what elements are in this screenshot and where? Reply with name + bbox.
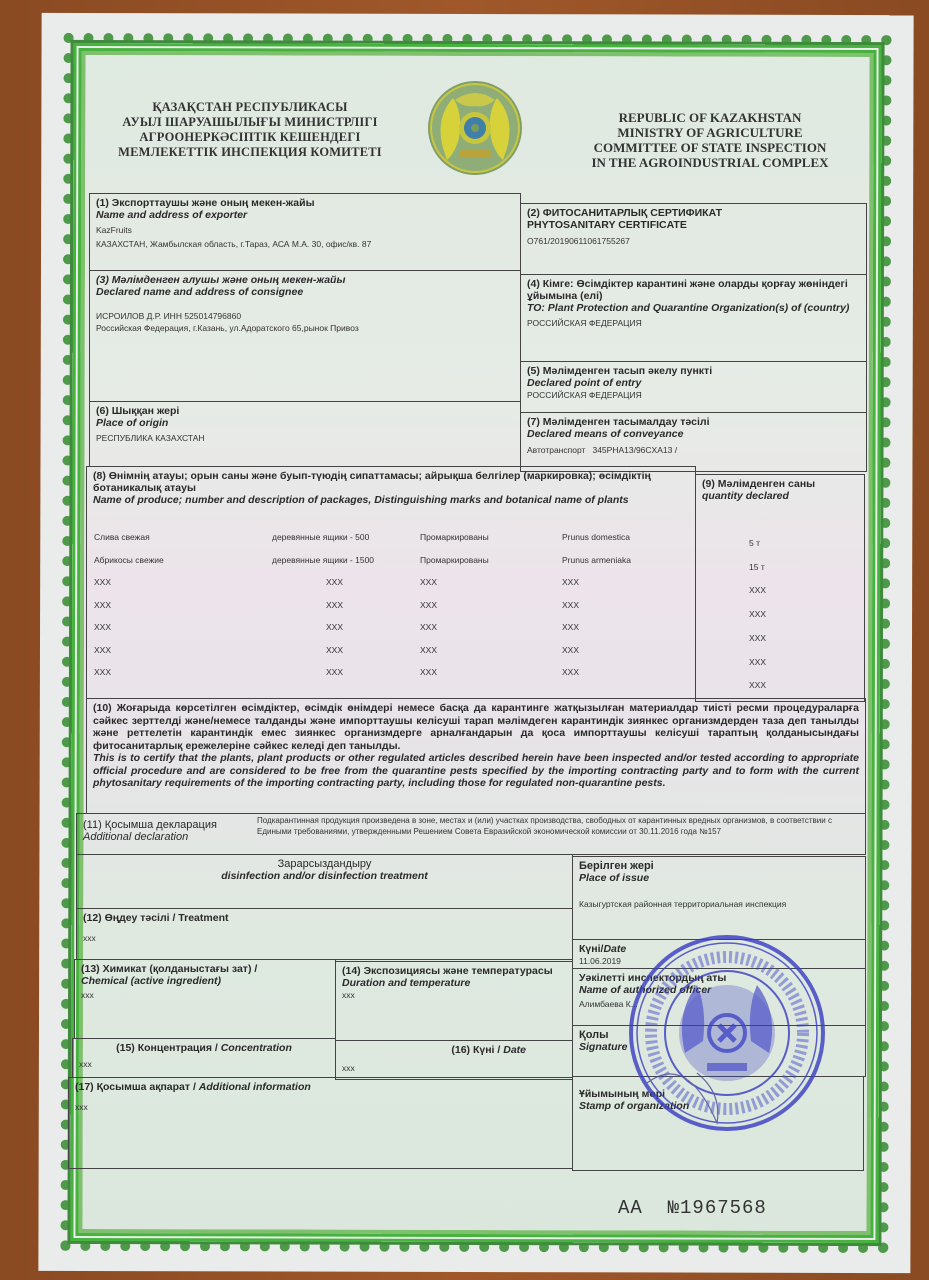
produce-name: XXX [94,622,111,632]
additional-info-field: (17) Қосымша ақпарат / Additional inform… [68,1077,573,1169]
disinfection-header: Зарарсыздандыру disinfection and/or disi… [76,854,573,909]
certificate-label-kz: (2) ФИТОСАНИТАРЛЫҚ СЕРТИФИКАТ [527,207,860,219]
certificate-label-en: PHYTOSANITARY CERTIFICATE [527,219,860,231]
issuer-line: REPUBLIC OF KAZAKHSTAN [560,110,860,125]
issuer-line: АГРООНЕРКӘСІПТІК КЕШЕНДЕГІ [100,130,400,145]
certificate-number: O761/20190611061755267 [527,235,860,247]
chemical-value: xxx [81,989,329,1001]
concentration-label-kz: (15) Концентрация / [116,1042,221,1054]
exporter-name: KazFruits [96,224,514,236]
produce-botanical: Prunus armeniaka [562,555,631,565]
produce-packages: XXX [326,667,343,677]
additional-info-label-kz: (17) Қосымша ақпарат / [75,1081,199,1093]
certificate-field: (2) ФИТОСАНИТАРЛЫҚ СЕРТИФИКАТ PHYTOSANIT… [520,203,867,275]
produce-row: XXXXXXXXXXXXXXX [94,622,864,636]
produce-label-en: Name of produce; number and description … [93,494,689,506]
official-stamp-icon [627,933,827,1133]
consignee-name: ИСРОИЛОВ Д.Р. ИНН 525014796860 [96,310,514,322]
issuer-line: АУЫЛ ШАРУАШЫЛЫҒЫ МИНИСТРЛІГІ [100,115,400,130]
duration-value: xxx [342,989,566,1001]
concentration-value: xxx [79,1058,329,1070]
destination-org-label-en: TO: Plant Protection and Quarantine Orga… [527,302,860,314]
produce-label-kz: (8) Өнімнің атауы; орын саны және буып-т… [93,470,689,494]
point-of-entry-label-en: Declared point of entry [527,377,860,389]
issuer-name-en: REPUBLIC OF KAZAKHSTAN MINISTRY OF AGRIC… [560,110,860,170]
produce-row: XXXXXXXXXXXXXXX [94,600,864,614]
produce-name: XXX [94,645,111,655]
produce-marks: XXX [420,667,437,677]
conveyance-value: Автотранспорт 345PHA13/96CXA13 / [527,444,860,456]
certification-statement: (10) Жоғарыда көрсетілген өсімдіктер, өс… [86,698,866,814]
issue-date-label-kz: Күні/ [579,943,603,955]
conveyance-field: (7) Мәлімденген тасымалдау тәсілі Declar… [520,412,867,472]
produce-packages: деревянные ящики - 1500 [272,555,374,565]
duration-field: (14) Экспозициясы және температурасы Dur… [335,961,573,1041]
issuer-line: ҚАЗАҚСТАН РЕСПУБЛИКАСЫ [100,100,400,115]
additional-info-value: xxx [75,1101,566,1113]
place-of-issue-label-kz: Берілген жері [579,860,859,872]
treatment-field: (12) Өңдеу тәсілі / Treatment xxx [76,908,573,960]
origin-value: РЕСПУБЛИКА КАЗАХСТАН [96,432,514,444]
produce-quantity: 15 т [749,562,765,572]
issuer-line: МЕМЛЕКЕТТІК ИНСПЕКЦИЯ КОМИТЕТІ [100,145,400,160]
produce-packages: XXX [326,600,343,610]
disinfection-title-kz: Зарарсыздандыру [83,858,566,870]
produce-packages: XXX [326,577,343,587]
consignee-label-kz: (3) Мәлімденген алушы және оның мекен-жа… [96,274,514,286]
produce-quantity: XXX [749,657,766,667]
conveyance-label-en: Declared means of conveyance [527,428,860,440]
chemical-label-en: Chemical (active ingredient) [81,975,329,987]
produce-packages: XXX [326,645,343,655]
treatment-date-label-kz: (16) Күні / [451,1044,503,1056]
additional-declaration-label-kz: (11) Қосымша декларация [83,819,217,831]
treatment-date-label-en: Date [503,1044,526,1056]
produce-name: Абрикосы свежие [94,555,164,565]
place-of-issue-value: Казыгуртская районная территориальная ин… [579,898,859,910]
produce-name: XXX [94,600,111,610]
point-of-entry-field: (5) Мәлімденген тасып әкелу пункті Decla… [520,361,867,413]
duration-label-kz: (14) Экспозициясы және температурасы [342,965,566,977]
produce-marks: Промаркированы [420,555,489,565]
treatment-value: xxx [83,932,566,944]
exporter-field: (1) Экспорттаушы және оның мекен-жайы Na… [89,193,521,271]
origin-label-en: Place of origin [96,417,514,429]
additional-declaration-label-en: Additional declaration [83,831,217,843]
produce-row: Слива свежаядеревянные ящики - 500Промар… [94,532,864,546]
origin-field: (6) Шыққан жері Place of origin РЕСПУБЛИ… [89,401,521,467]
exporter-label-en: Name and address of exporter [96,209,514,221]
consignee-address: Российская Федерация, г.Казань, ул.Адора… [96,322,514,334]
quantity-label-kz: (9) Мәлімденген саны [702,478,858,490]
produce-row: Абрикосы свежиедеревянные ящики - 1500Пр… [94,555,864,569]
produce-packages: XXX [326,622,343,632]
concentration-label-en: Concentration [221,1042,292,1054]
certification-text-en: This is to certify that the plants, plan… [93,752,859,790]
produce-marks: XXX [420,577,437,587]
produce-quantity: 5 т [749,538,760,548]
origin-label-kz: (6) Шыққан жері [96,405,514,417]
produce-botanical: XXX [562,622,579,632]
produce-marks: XXX [420,600,437,610]
produce-botanical: XXX [562,577,579,587]
produce-botanical: XXX [562,600,579,610]
place-of-issue-field: Берілген жері Place of issue Казыгуртска… [572,856,866,940]
produce-quantity: XXX [749,633,766,643]
consignee-field: (3) Мәлімденген алушы және оның мекен-жа… [89,270,521,402]
produce-row: XXXXXXXXXXXXXXX [94,667,864,681]
additional-declaration-field: (11) Қосымша декларация Additional decla… [76,813,866,855]
issuer-name-kz: ҚАЗАҚСТАН РЕСПУБЛИКАСЫ АУЫЛ ШАРУАШЫЛЫҒЫ … [100,100,400,160]
chemical-field: (13) Химикат (қолданыстағы зат) / Chemic… [74,959,336,1039]
produce-quantity: XXX [749,585,766,595]
duration-label-en: Duration and temperature [342,977,566,989]
produce-row: XXXXXXXXXXXXXXX [94,645,864,659]
conveyance-label-kz: (7) Мәлімденген тасымалдау тәсілі [527,416,860,428]
produce-name: XXX [94,577,111,587]
state-emblem-icon [425,78,525,178]
additional-declaration-value: Подкарантинная продукция произведена в з… [257,815,857,837]
certificate-serial-number: AA №1967568 [618,1197,767,1219]
issue-date-label-en: Date [603,943,626,955]
produce-quantity: XXX [749,680,766,690]
treatment-label: (12) Өңдеу тәсілі / Treatment [83,912,566,924]
issuer-line: COMMITTEE OF STATE INSPECTION [560,140,860,155]
additional-info-label-en: Additional information [199,1081,311,1093]
point-of-entry-value: РОССИЙСКАЯ ФЕДЕРАЦИЯ [527,389,860,401]
produce-marks: Промаркированы [420,532,489,542]
treatment-date-field: (16) Күні / Date xxx [335,1040,573,1080]
produce-packages: деревянные ящики - 500 [272,532,369,542]
produce-marks: XXX [420,645,437,655]
exporter-address: КАЗАХСТАН, Жамбылская область, г.Тараз, … [96,238,514,250]
produce-marks: XXX [420,622,437,632]
produce-row: XXXXXXXXXXXXXXX [94,577,864,591]
produce-quantity: XXX [749,609,766,619]
produce-name: XXX [94,667,111,677]
issuer-line: MINISTRY OF AGRICULTURE [560,125,860,140]
disinfection-title-en: disinfection and/or disinfection treatme… [83,870,566,882]
point-of-entry-label-kz: (5) Мәлімденген тасып әкелу пункті [527,365,860,377]
produce-botanical: XXX [562,645,579,655]
exporter-label-kz: (1) Экспорттаушы және оның мекен-жайы [96,197,514,209]
destination-org-label-kz: (4) Кімге: Өсімдіктер карантині және ола… [527,278,860,302]
produce-botanical: XXX [562,667,579,677]
place-of-issue-label-en: Place of issue [579,872,859,884]
certification-text-kz: (10) Жоғарыда көрсетілген өсімдіктер, өс… [93,702,859,752]
issuer-line: IN THE AGROINDUSTRIAL COMPLEX [560,155,860,170]
produce-botanical: Prunus domestica [562,532,630,542]
concentration-field: (15) Концентрация / Concentration xxx [72,1038,336,1078]
treatment-date-value: xxx [342,1062,566,1074]
chemical-label-kz: (13) Химикат (қолданыстағы зат) / [81,963,329,975]
consignee-label-en: Declared name and address of consignee [96,286,514,298]
quantity-label-en: quantity declared [702,490,858,502]
produce-name: Слива свежая [94,532,150,542]
destination-org-field: (4) Кімге: Өсімдіктер карантині және ола… [520,274,867,362]
destination-country: РОССИЙСКАЯ ФЕДЕРАЦИЯ [527,317,860,329]
